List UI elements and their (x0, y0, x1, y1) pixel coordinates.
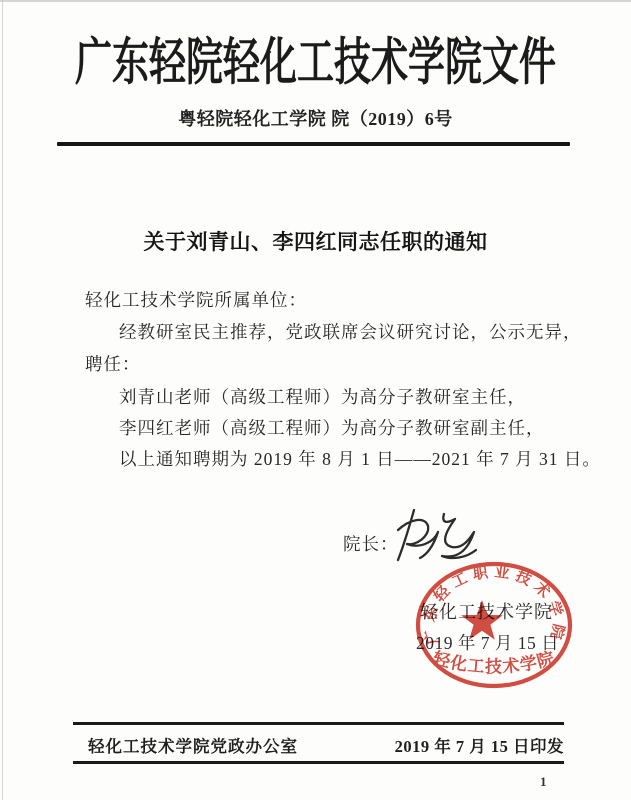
seal-ring-text: 广东轻工职业技术学院 (420, 563, 568, 646)
seal-star-icon (461, 600, 503, 640)
official-seal: 广东轻工职业技术学院 轻化工技术学院 (394, 540, 594, 710)
body-line-term: 以上通知聘期为 2019 年 8 月 1 日——2021 年 7 月 31 日。 (119, 446, 619, 471)
masthead-title: 广东轻院轻化工技术学院文件 (0, 20, 631, 95)
body-line: 聘任： (85, 351, 585, 376)
scan-edge-top (0, 0, 631, 2)
footer-print-date: 2019 年 7 月 15 日印发 (395, 733, 564, 757)
body-line-appointment-2: 李四红老师（高级工程师）为高分子教研室副主任， (119, 415, 619, 440)
footer-office: 轻化工技术学院党政办公室 (88, 733, 298, 757)
footer-rule-bottom (73, 761, 564, 764)
body-salutation: 轻化工技术学院所属单位： (85, 287, 585, 312)
signature-label: 院长： (343, 531, 399, 556)
notice-heading: 关于刘青山、李四红同志任职的通知 (0, 226, 631, 256)
document-page: 广东轻院轻化工技术学院文件 粤轻院轻化工学院 院（2019）6号 关于刘青山、李… (0, 0, 631, 800)
doc-number: 粤轻院轻化工学院 院（2019）6号 (0, 105, 631, 131)
body-line: 经教研室民主推荐，党政联席会议研究讨论，公示无异， (119, 319, 619, 344)
body-line-appointment-1: 刘青山老师（高级工程师）为高分子教研室主任， (119, 384, 619, 409)
footer-rule-top (73, 722, 564, 725)
page-number: 1 (540, 774, 547, 790)
masthead-rule (57, 142, 570, 146)
